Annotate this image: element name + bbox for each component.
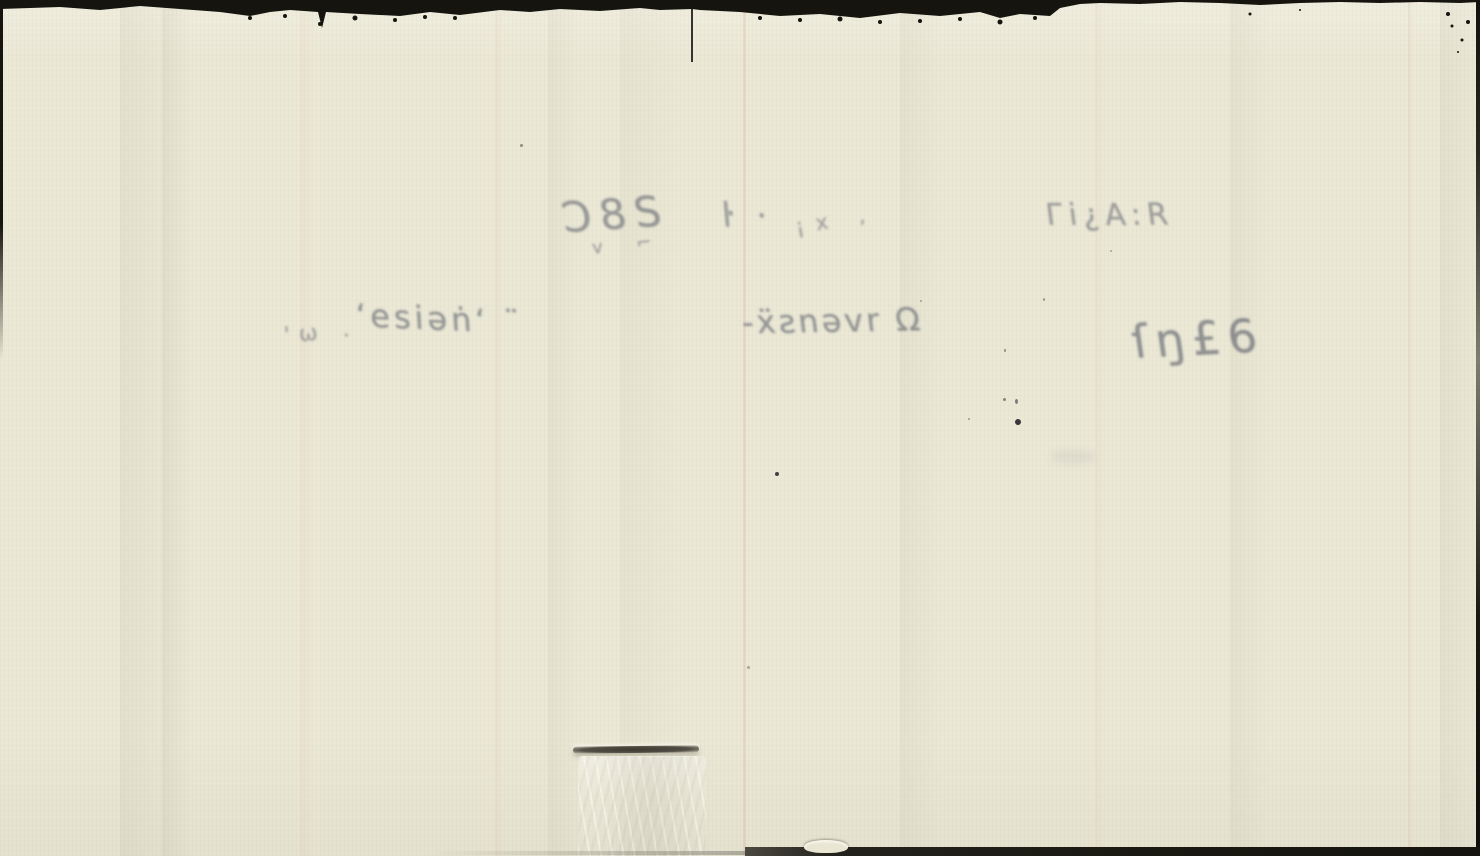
ink-offset-fragment: ſŋ£6: [1128, 309, 1267, 370]
paper-texture: [0, 0, 1480, 856]
ink-dot: [1110, 250, 1112, 252]
ink-offset-fragment: Γi¿A:R: [1044, 198, 1176, 233]
crease-mark: [573, 745, 699, 753]
ink-offset-fragment: ŀ ·: [720, 196, 775, 236]
scan-edge-bottom-light: [430, 851, 746, 855]
ink-dot: [1015, 399, 1018, 404]
ink-dot: [775, 472, 779, 476]
ink-dot: [968, 418, 970, 420]
ink-offset-fragment: -ẍƨnəvr Ω: [740, 300, 925, 341]
scan-edge-left: [0, 0, 3, 360]
scan-edge-top: [0, 0, 1480, 70]
scan-edge-bottom-dark: [745, 847, 1480, 856]
ink-dot: [1015, 419, 1021, 425]
ink-dot: [1003, 398, 1006, 401]
ink-dot: [920, 300, 922, 302]
ink-offset-fragment: 'ω .: [283, 316, 360, 349]
scan-edge-right: [1476, 0, 1480, 856]
ink-dot: [520, 144, 523, 147]
ink-dot: [1043, 298, 1045, 301]
paper-fiber-bump: [804, 840, 848, 853]
ink-dot: [747, 666, 750, 669]
scanned-card-verso: Ɔ8S v ⌐ ŀ · ¡x , Γi¿A:R 'ω . ʻesiəṅʻ ¨ -…: [0, 0, 1480, 856]
abrasion-shadow: [600, 757, 712, 856]
ink-offset-fragment: ʻesiəṅʻ ¨: [355, 296, 525, 341]
ink-smudge: [1050, 450, 1096, 464]
ink-dot: [1004, 349, 1006, 352]
ink-offset-fragment: ¡x ,: [794, 201, 879, 239]
